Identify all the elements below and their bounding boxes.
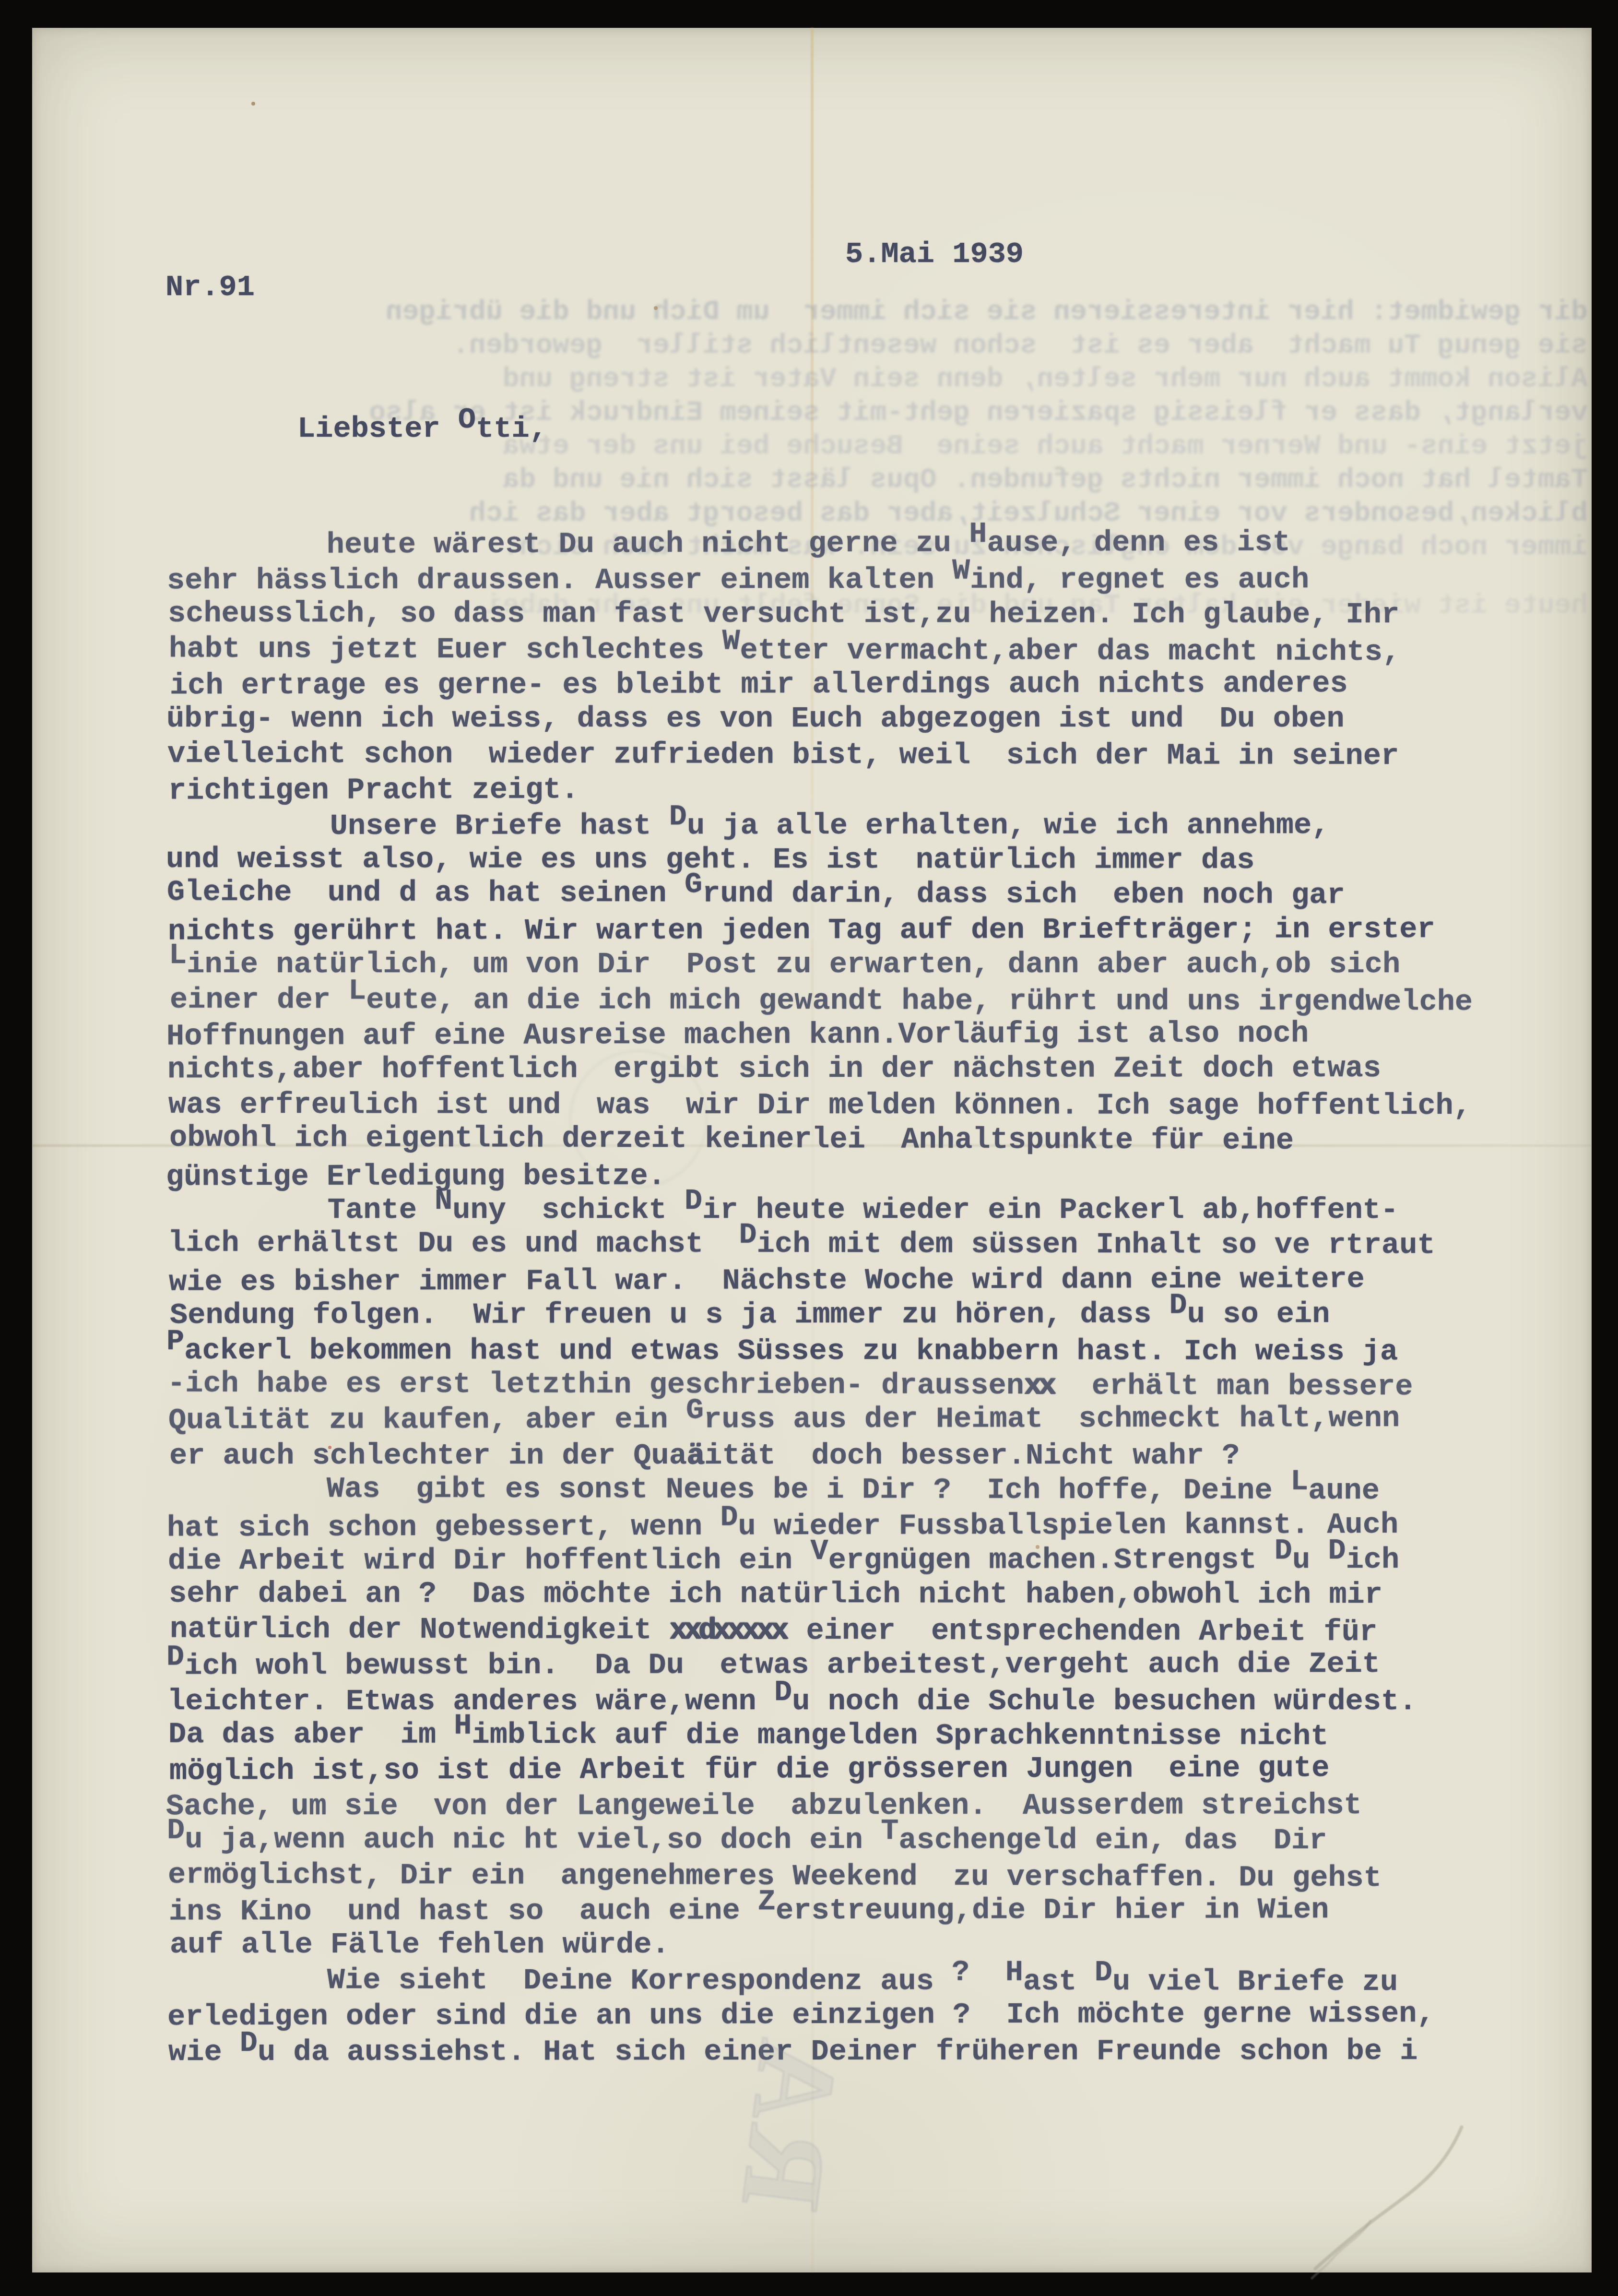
letter-line: was erfreulich ist und was wir Dir melde… <box>168 1087 1471 1123</box>
letter-line: Packerl bekommen hast und etwas Süsses z… <box>166 1333 1469 1369</box>
scan-background: { "document": { "kind": "typewritten-let… <box>0 0 1618 2296</box>
letter-line: scheusslich, so dass man fast versucht i… <box>168 596 1471 632</box>
letter-line: wie es bisher immer Fall war. Nächste Wo… <box>169 1261 1472 1299</box>
letter-line: einer der Leute, an die ich mich gewandt… <box>170 982 1473 1020</box>
letter-line: nichts gerührt hat. Wir warten jeden Tag… <box>168 912 1471 949</box>
letter-line: Sendung folgen. Wir freuen u s ja immer … <box>170 1297 1473 1332</box>
bleedthrough-line: dir gewidmet: hier interessieren sie sic… <box>249 297 1588 328</box>
paper-speck <box>328 1446 331 1449</box>
letter-line: nichts,aber hoffentlich ergibt sich in d… <box>167 1051 1470 1087</box>
watermark-bleedthrough: RA <box>716 2028 866 2217</box>
letter-line: und weisst also, wie es uns geht. Es ist… <box>166 842 1469 878</box>
letter-line: leichter. Etwas anderes wäre,wenn Du noc… <box>167 1684 1470 1719</box>
letter-line: Gleiche und d as hat seinen Grund darin,… <box>167 874 1470 913</box>
letter-line: obwohl ich eigentlich derzeit keinerlei … <box>169 1120 1472 1158</box>
paper-speck <box>251 102 255 106</box>
letter-line: ins Kino und hast so auch eine Zerstreuu… <box>169 1892 1472 1929</box>
letter-line: heute wärest Du auch nicht gerne zu Haus… <box>166 524 1469 562</box>
letter-line: möglich ist,so ist die Arbeit für die gr… <box>169 1750 1472 1788</box>
letter-line: richtigen Pracht zeigt. <box>168 770 1471 808</box>
salutation: Liebster Otti, <box>297 412 547 446</box>
letter-line: er auch schlechter in der Quaäität doch … <box>169 1438 1472 1473</box>
letter-line: -ich habe es erst letzthin geschrieben- … <box>167 1366 1470 1404</box>
pencil-smudge <box>1299 2120 1476 2288</box>
letter-line: Hoffnungen auf eine Ausreise machen kann… <box>166 1015 1469 1054</box>
letter-line: Unsere Briefe hast Du ja alle erhalten, … <box>169 808 1472 844</box>
letter-page: dir gewidmet: hier interessieren sie sic… <box>32 28 1592 2272</box>
letter-line: Tante Nuny schickt Dir heute wieder ein … <box>167 1192 1470 1227</box>
letter-line: sehr dabei an ? Das möchte ich natürlich… <box>169 1576 1472 1612</box>
letter-line: die Arbeit wird Dir hoffentlich ein Verg… <box>168 1542 1471 1578</box>
letter-number: Nr.91 <box>165 270 255 304</box>
letter-line: Da das aber im Himblick auf die mangelde… <box>168 1717 1471 1754</box>
letter-line: Du ja,wenn auch nic ht viel,so doch ein … <box>167 1822 1470 1858</box>
letter-line: übrig- wenn ich weiss, dass es von Euch … <box>166 701 1469 736</box>
letter-line: günstige Erledigung besitze. <box>166 1157 1469 1195</box>
bleedthrough-line: sie genug Tu macht aber es ist schon wes… <box>249 330 1588 362</box>
letter-line: habt uns jetzt Euer schlechtes Wetter ve… <box>169 631 1472 669</box>
paper-speck <box>1036 1545 1039 1549</box>
letter-line: ermöglichst, Dir ein angenehmeres Weeken… <box>168 1857 1471 1895</box>
paper-speck <box>654 306 658 310</box>
letter-line: lich erhältst Du es und machst Dich mit … <box>168 1225 1471 1263</box>
letter-line: Dich wohl bewusst bin. Da Du etwas arbei… <box>166 1646 1469 1684</box>
letter-line: auf alle Fälle fehlen würde. <box>170 1927 1473 1962</box>
bleedthrough-line: Alison kommt auch nur mehr selten, denn … <box>249 364 1588 395</box>
letter-line: Qualität zu kaufen, aber ein Gruss aus d… <box>168 1401 1471 1438</box>
letter-line: ich ertrage es gerne- es bleibt mir alle… <box>170 666 1473 703</box>
letter-line: erledigen oder sind die an uns die einzi… <box>167 1996 1470 2034</box>
letter-line: Sache, um sie von der Langeweile abzulen… <box>166 1788 1469 1824</box>
bleedthrough-line: Tamtel hat noch immer nichts gefunden. O… <box>249 464 1588 496</box>
letter-line: vielleicht schon wieder zufrieden bist, … <box>167 737 1470 774</box>
letter-line: natürlich der Notwendigkeit xxdxxxxx ein… <box>170 1611 1473 1650</box>
letter-line: sehr hässlich draussen. Ausser einem kal… <box>167 562 1470 598</box>
letter-date: 5.Mai 1939 <box>845 237 1024 271</box>
letter-line: Wie sieht Deine Korrespondenz aus ? Hast… <box>166 1963 1469 2000</box>
letter-body: heute wärest Du auch nicht gerne zu Haus… <box>168 527 1471 2068</box>
letter-line: Was gibt es sonst Neues be i Dir ? Ich h… <box>166 1471 1469 1509</box>
